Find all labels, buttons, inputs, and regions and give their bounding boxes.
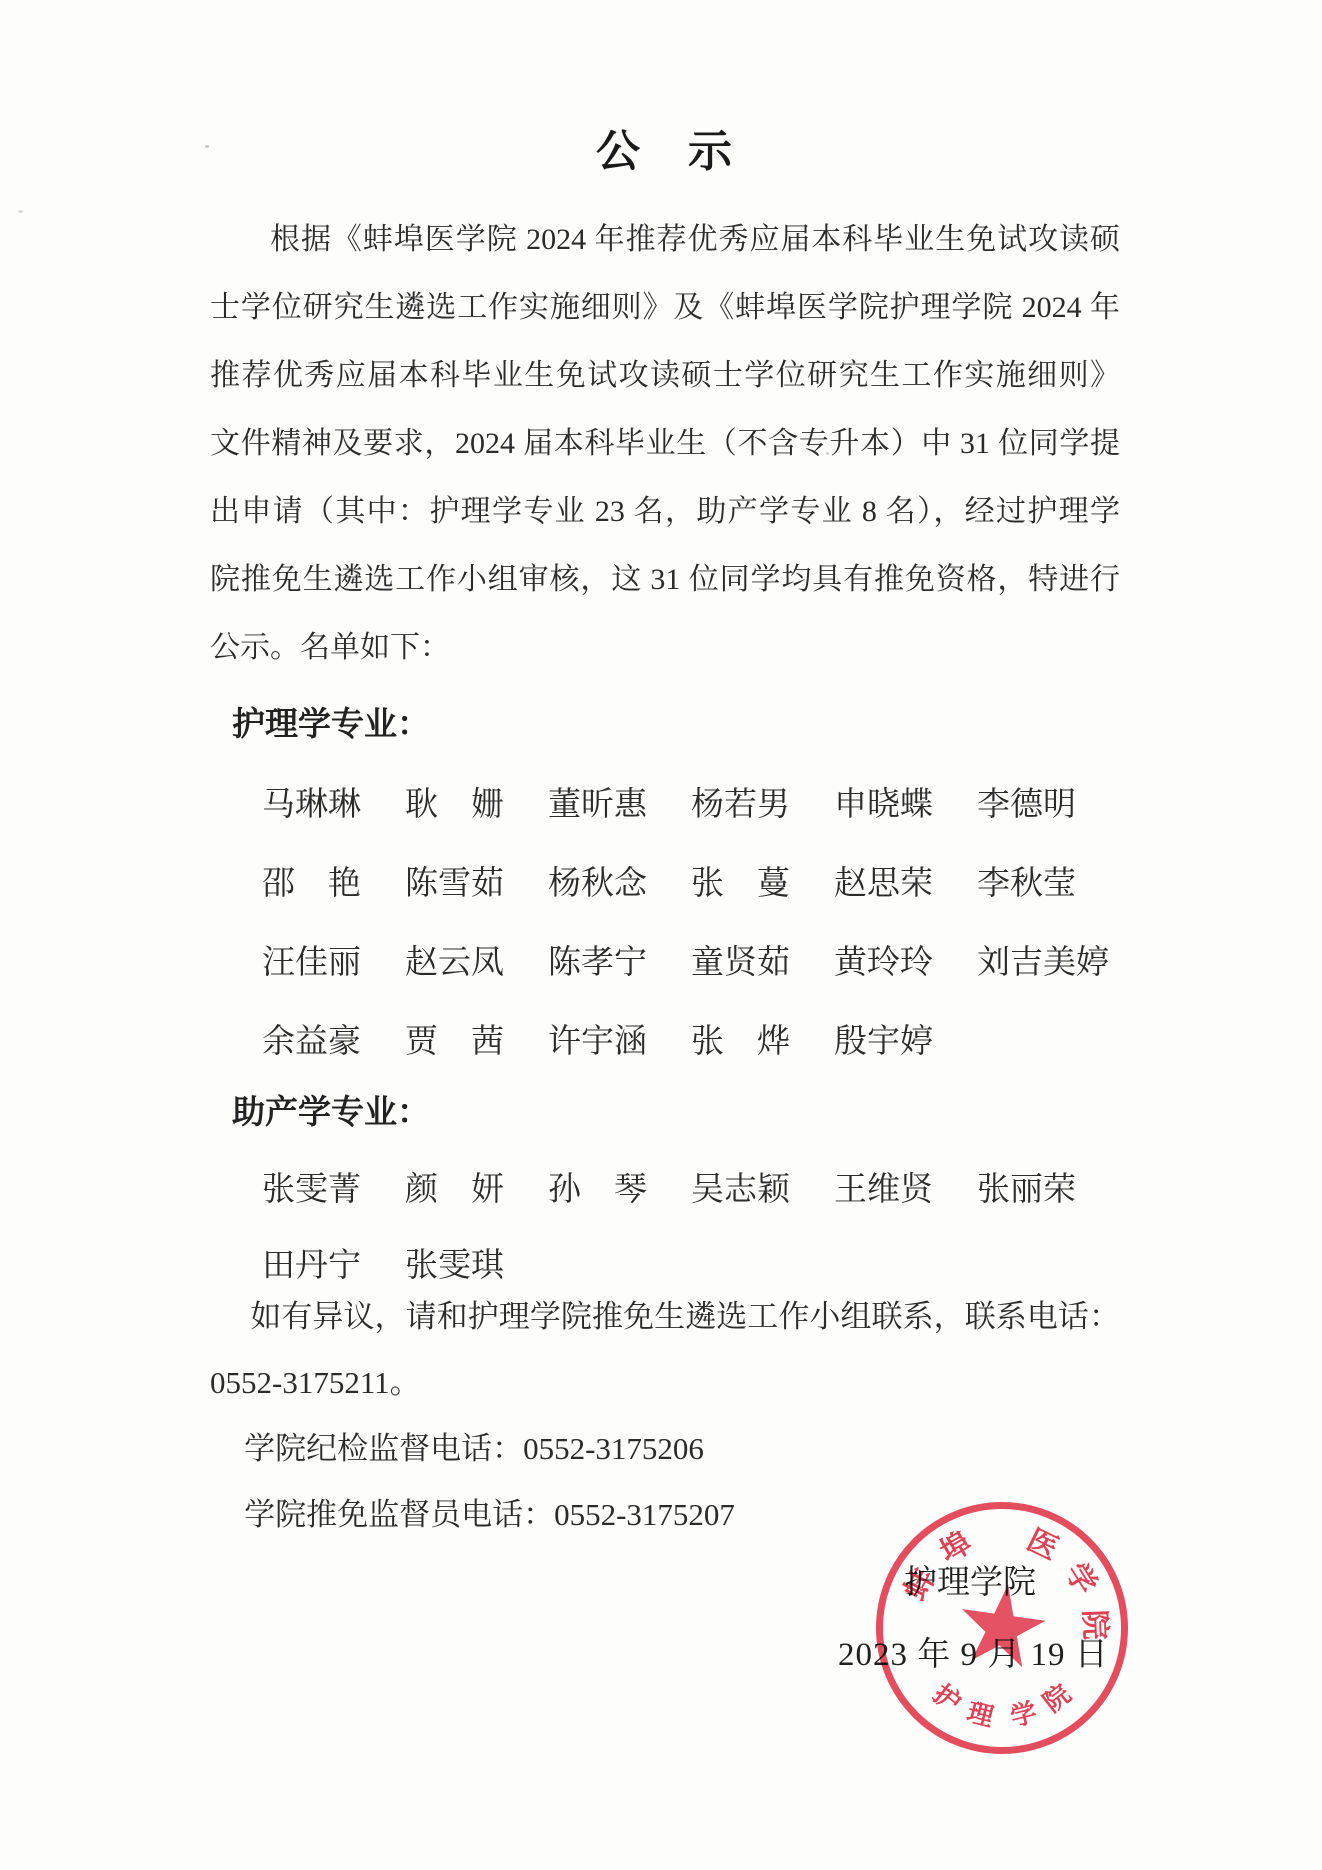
student-name: 黄玲玲: [834, 936, 977, 983]
student-name: 赵思荣: [834, 857, 977, 904]
student-name: 马琳琳: [262, 778, 405, 825]
student-name: 许宇涵: [548, 1015, 691, 1062]
section-heading-nursing: 护理学专业：: [210, 688, 1120, 762]
intro-paragraph: 根据《蚌埠医学院 2024 年推荐优秀应届本科毕业生免试攻读硕 士学位研究生遴选…: [210, 206, 1120, 682]
document-content: 公 示 根据《蚌埠医学院 2024 年推荐优秀应届本科毕业生免试攻读硕 士学位研…: [210, 126, 1120, 1548]
seal-ring-char: 理: [960, 1695, 1001, 1736]
name-row: 余益豪 贾 茜 许宇涵 张 烨 殷宇婷: [210, 999, 1120, 1078]
paragraph-line: 士学位研究生遴选工作实施细则》及《蚌埠医学院护理学院 2024 年: [210, 274, 1120, 342]
student-name: 殷宇婷: [834, 1015, 977, 1062]
student-name: 张雯琪: [405, 1239, 548, 1286]
student-name: 孙 琴: [548, 1163, 691, 1210]
name-row: 张雯菁 颜 妍 孙 琴 吴志颖 王维贤 张丽荣: [210, 1148, 1120, 1224]
student-name: 李秋莹: [977, 857, 1120, 904]
student-name: 颜 妍: [405, 1163, 548, 1210]
paragraph-line: 出申请（其中：护理学专业 23 名，助产学专业 8 名），经过护理学: [210, 478, 1120, 546]
paragraph-line: 文件精神及要求，2024 届本科毕业生（不含专升本）中 31 位同学提: [210, 410, 1120, 478]
student-name: 邵 艳: [262, 857, 405, 904]
student-name: 张雯菁: [262, 1163, 405, 1210]
page-title: 公 示: [210, 126, 1120, 178]
paragraph-line: 公示。名单如下：: [210, 614, 1120, 682]
student-name: 张 蔓: [691, 857, 834, 904]
name-row: 邵 艳 陈雪茹 杨秋念 张 蔓 赵思荣 李秋莹: [210, 841, 1120, 920]
student-name: 童贤茹: [691, 936, 834, 983]
student-name: 吴志颖: [691, 1163, 834, 1210]
student-name: 陈雪茹: [405, 857, 548, 904]
student-name: 杨若男: [691, 778, 834, 825]
scan-speck: [205, 145, 209, 148]
student-name: 刘吉美婷: [977, 936, 1120, 983]
paragraph-line: 推荐优秀应届本科毕业生免试攻读硕士学位研究生工作实施细则》: [210, 342, 1120, 410]
student-name: 贾 茜: [405, 1015, 548, 1062]
student-name: 王维贤: [834, 1163, 977, 1210]
section-heading-midwifery: 助产学专业：: [210, 1078, 1120, 1148]
contact-line: 如有异议，请和护理学院推免生遴选工作小组联系，联系电话：: [210, 1284, 1120, 1350]
student-name: 张 烨: [691, 1015, 834, 1062]
scan-speck: [18, 210, 23, 213]
student-name: 田丹宁: [262, 1239, 405, 1286]
paragraph-line: 根据《蚌埠医学院 2024 年推荐优秀应届本科毕业生免试攻读硕: [210, 206, 1120, 274]
signature-date: 2023 年 9 月 19 日: [838, 1628, 1102, 1675]
name-row: 马琳琳 耿 姗 董昕惠 杨若男 申晓蝶 李德明: [210, 762, 1120, 841]
student-name: 李德明: [977, 778, 1120, 825]
student-name: 余益豪: [262, 1015, 405, 1062]
student-name: 耿 姗: [405, 778, 548, 825]
student-name: 陈孝宁: [548, 936, 691, 983]
paragraph-line: 院推免生遴选工作小组审核，这 31 位同学均具有推免资格，特进行: [210, 546, 1120, 614]
student-name: 申晓蝶: [834, 778, 977, 825]
student-name: 董昕惠: [548, 778, 691, 825]
scanned-document-page: 公 示 根据《蚌埠医学院 2024 年推荐优秀应届本科毕业生免试攻读硕 士学位研…: [0, 0, 1322, 1870]
student-name: 杨秋念: [548, 857, 691, 904]
student-name: 赵云凤: [405, 936, 548, 983]
student-name: 张丽荣: [977, 1163, 1120, 1210]
signature-organization: 护理学院: [838, 1556, 1102, 1603]
name-row: 汪佳丽 赵云凤 陈孝宁 童贤茹 黄玲玲 刘吉美婷: [210, 920, 1120, 999]
discipline-phone-line: 学院纪检监督电话：0552-3175206: [210, 1416, 1120, 1482]
student-name: 汪佳丽: [262, 936, 405, 983]
contact-phone: 0552-3175211。: [210, 1350, 1120, 1416]
